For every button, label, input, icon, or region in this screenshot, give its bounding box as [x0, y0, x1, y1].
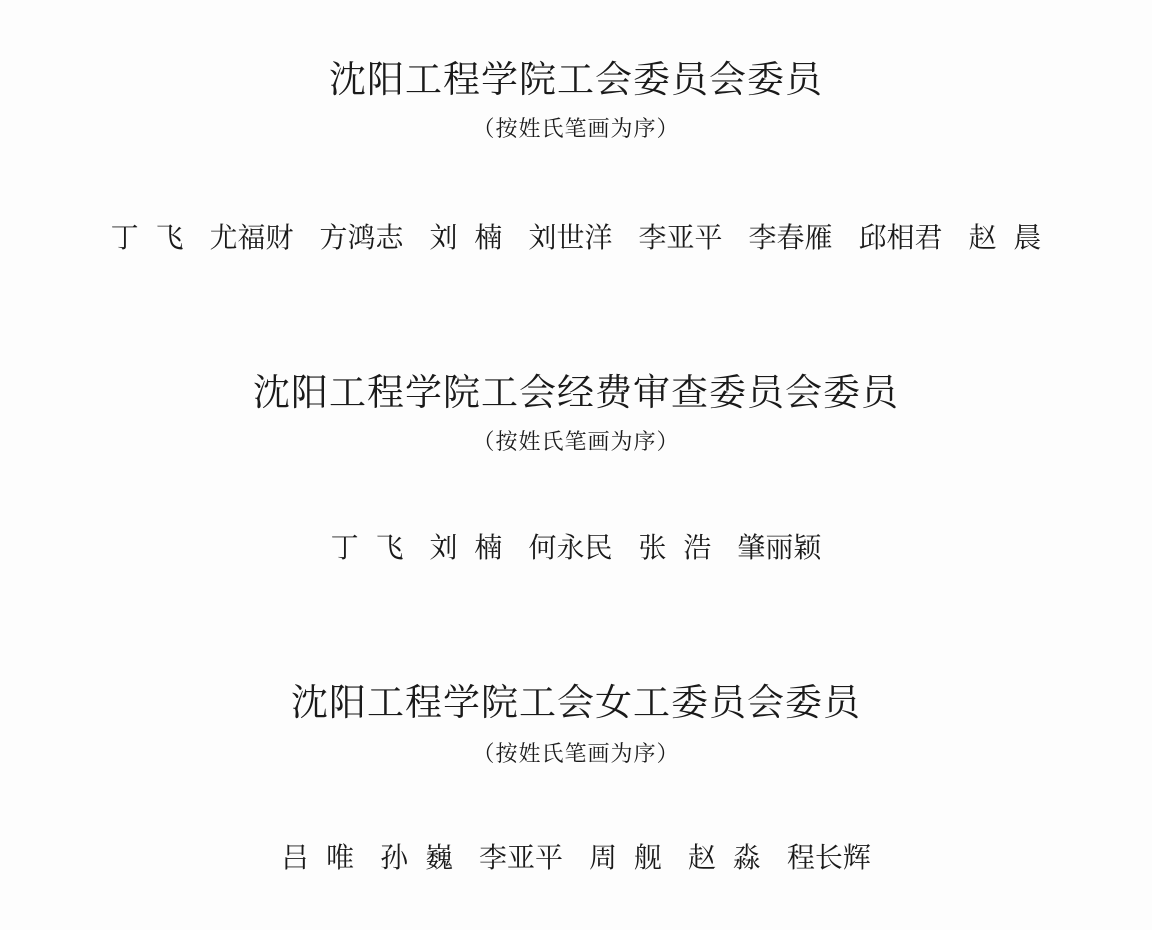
member-name: 李亚平 [638, 221, 722, 255]
member-name: 周 舰 [589, 841, 662, 875]
member-name: 刘 楠 [430, 221, 503, 255]
member-name: 丁 飞 [111, 221, 184, 255]
section-subtitle: （按姓氏笔画为序） [0, 116, 1152, 144]
member-name: 赵 晨 [969, 221, 1042, 255]
names-row: 丁 飞刘 楠何永民张 浩肇丽颖 [0, 531, 1152, 565]
member-name: 邱相君 [858, 221, 942, 255]
names-row: 丁 飞尤福财方鸿志刘 楠刘世洋李亚平李春雁邱相君赵 晨 [0, 221, 1152, 255]
document-body: 沈阳工程学院工会委员会委员 （按姓氏笔画为序） 丁 飞尤福财方鸿志刘 楠刘世洋李… [0, 60, 1152, 875]
section-title: 沈阳工程学院工会女工委员会委员 [0, 683, 1152, 723]
section-union-committee: 沈阳工程学院工会委员会委员 （按姓氏笔画为序） 丁 飞尤福财方鸿志刘 楠刘世洋李… [0, 60, 1152, 255]
section-women-workers-committee: 沈阳工程学院工会女工委员会委员 （按姓氏笔画为序） 吕 唯孙 巍李亚平周 舰赵 … [0, 683, 1152, 875]
member-name: 孙 巍 [380, 841, 453, 875]
member-name: 方鸿志 [320, 221, 404, 255]
section-subtitle: （按姓氏笔画为序） [0, 429, 1152, 457]
member-name: 刘 楠 [430, 531, 503, 565]
section-funds-review-committee: 沈阳工程学院工会经费审查委员会委员 （按姓氏笔画为序） 丁 飞刘 楠何永民张 浩… [0, 373, 1152, 565]
section-subtitle: （按姓氏笔画为序） [0, 741, 1152, 769]
member-name: 程长辉 [787, 841, 871, 875]
member-name: 赵 淼 [688, 841, 761, 875]
member-name: 刘世洋 [528, 221, 612, 255]
section-title: 沈阳工程学院工会委员会委员 [0, 60, 1152, 100]
member-name: 吕 唯 [281, 841, 354, 875]
document-page: 沈阳工程学院工会委员会委员 （按姓氏笔画为序） 丁 飞尤福财方鸿志刘 楠刘世洋李… [0, 0, 1152, 930]
member-name: 张 浩 [638, 531, 711, 565]
member-name: 李春雁 [748, 221, 832, 255]
member-name: 何永民 [528, 531, 612, 565]
member-name: 肇丽颖 [737, 531, 821, 565]
member-name: 李亚平 [479, 841, 563, 875]
names-row: 吕 唯孙 巍李亚平周 舰赵 淼程长辉 [0, 841, 1152, 875]
member-name: 丁 飞 [331, 531, 404, 565]
member-name: 尤福财 [210, 221, 294, 255]
section-title: 沈阳工程学院工会经费审查委员会委员 [0, 373, 1152, 413]
